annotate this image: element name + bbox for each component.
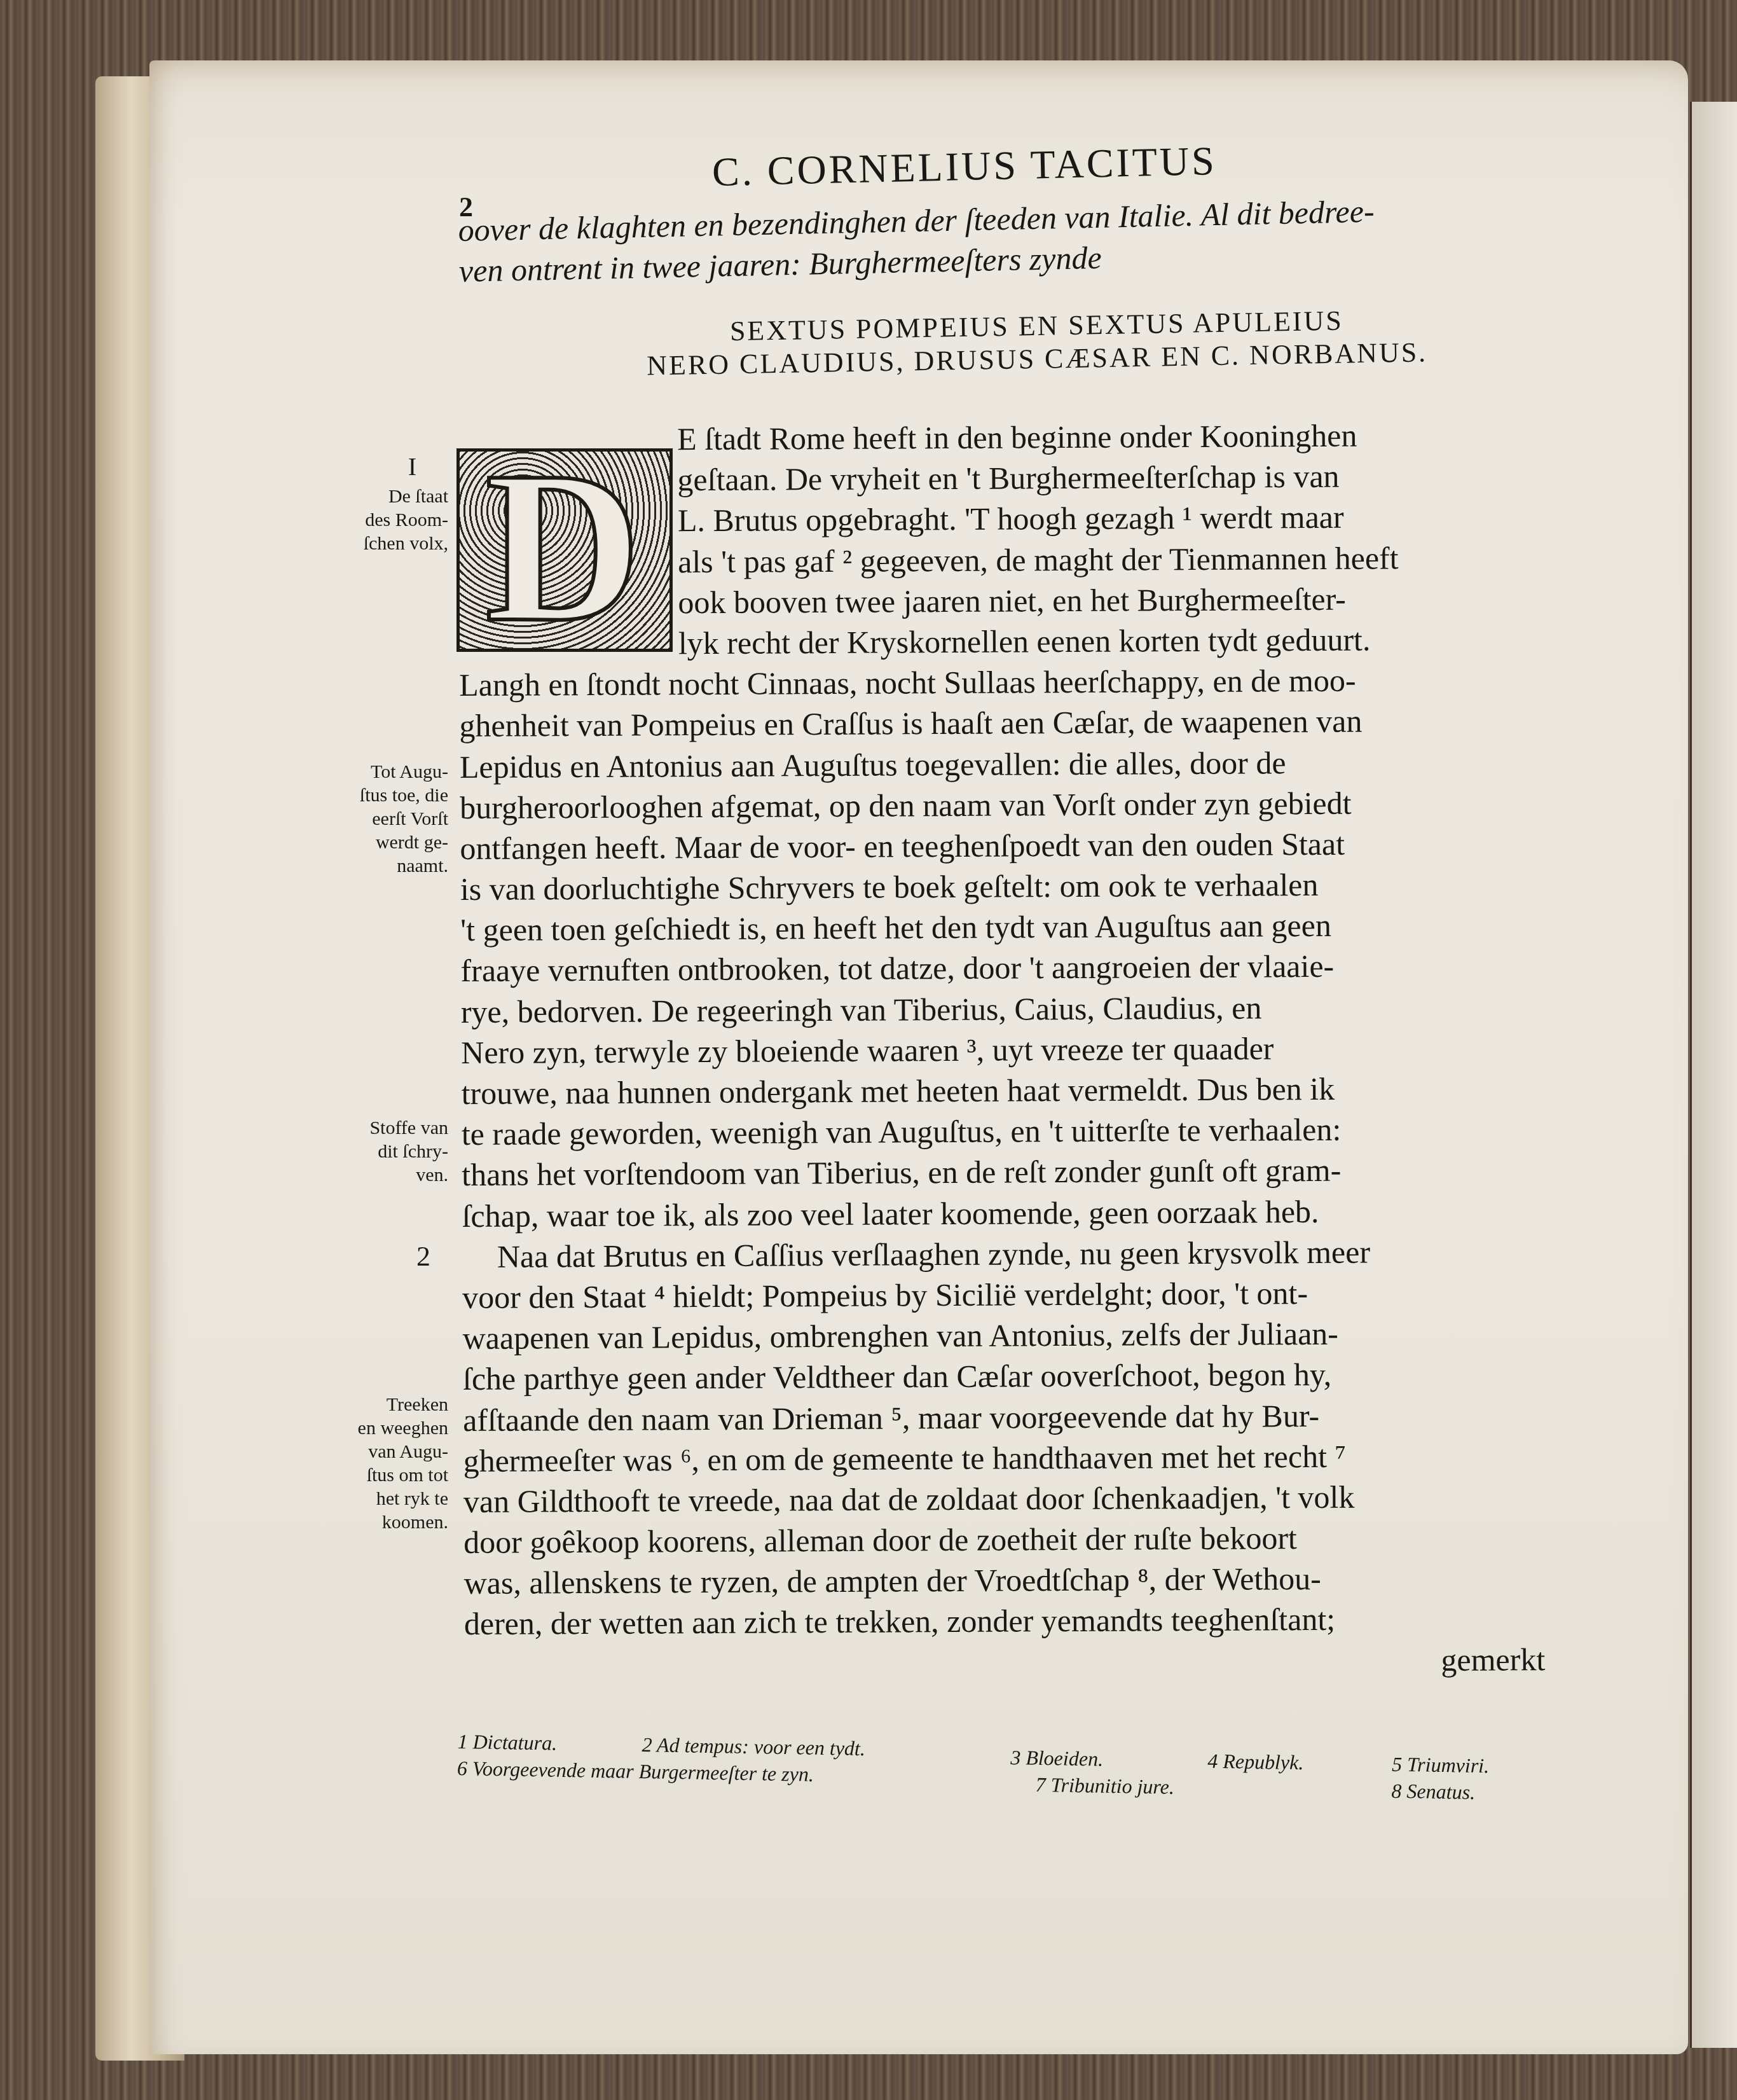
text-line: ontfangen heeft. Maar de voor- en teeghe… [460,822,1541,869]
footnote: 4 Republyk. [1207,1750,1304,1775]
footnote: 5 Triumviri. [1392,1753,1490,1778]
margin-note: Tot Augu- ſtus toe, die eerſt Vorſt werd… [321,760,448,878]
text-line: deren, der wetten aan zich te trekken, z… [464,1598,1545,1645]
text-line: van Gildthooft te vreede, naa dat de zol… [463,1475,1544,1522]
text-line: ghermeeſter was ⁶, en om de gemeente te … [463,1435,1544,1481]
footnote: 7 Tribunitio jure. [1035,1773,1174,1799]
facing-page-edge [1690,102,1737,2048]
body-text: E ſtadt Rome heeft in den beginne onder … [458,414,1545,1685]
text-line: Nero zyn, terwyle zy bloeiende waaren ³,… [461,1026,1542,1073]
margin-note: I De ſtaat des Room- ſchen volx, [321,455,448,555]
section-number: I [321,455,448,478]
text-line: rye, bedorven. De regeeringh van Tiberiu… [461,986,1542,1032]
text-line: door goêkoop koorens, alleman door de zo… [463,1516,1544,1563]
section-number: 2 [416,1240,430,1273]
text-line: burgheroorlooghen afgemat, op den naam v… [460,782,1541,828]
text-line: E ſtadt Rome heeft in den beginne onder … [458,414,1539,460]
margin-note: Stoffe van dit ſchry- ven. [321,1116,448,1187]
text-line: thans het vorſtendoom van Tiberius, en d… [462,1149,1542,1195]
text-line: te raade geworden, weenigh van Auguſtus,… [462,1108,1542,1154]
text-line: ook booven twee jaaren niet, en het Burg… [458,577,1539,624]
text-line: als 't pas gaf ² gegeeven, de maght der … [458,537,1539,583]
text-line: was, allenskens te ryzen, de ampten der … [463,1557,1544,1603]
text-line: Langh en ſtondt nocht Cinnaas, nocht Sul… [459,659,1540,705]
text-line: fraaye vernuften ontbrooken, tot datze, … [460,945,1541,991]
text-line: Lepidus en Antonius aan Auguſtus toegeva… [460,741,1541,787]
text-line: is van doorluchtighe Schryvers te boek g… [460,863,1541,909]
margin-note: Treeken en weeghen van Augu- ſtus om tot… [321,1393,448,1534]
text-line: Naa dat Brutus en Caſſius verſlaaghen zy… [462,1231,1543,1277]
text-line: afſtaande den naam van Drieman ⁵, maar v… [463,1394,1544,1440]
text-line: waapenen van Lepidus, ombrenghen van Ant… [462,1312,1543,1358]
text-line: ſche parthye geen ander Veldtheer dan Cæ… [463,1353,1544,1399]
footnote: 2 Ad tempus: voor een tydt. [642,1733,865,1760]
footnote: 3 Bloeiden. [1010,1746,1103,1771]
text-line: ghenheit van Pompeius en Craſſus is haaſ… [459,700,1540,746]
text-line: trouwe, naa hunnen ondergank met heeten … [461,1067,1542,1114]
text-line: L. Brutus opgebraght. 'T hoogh gezagh ¹ … [458,495,1539,542]
footnote: 8 Senatus. [1391,1779,1475,1804]
footnote: 1 Dictatura. [457,1730,557,1755]
text-line: voor den Staat ⁴ hieldt; Pompeius by Sic… [462,1271,1543,1318]
text-line: lyk recht der Kryskornellen eenen korten… [459,618,1540,665]
text-line: geſtaan. De vryheit en 't Burghermeeſter… [458,455,1539,501]
catchword: gemerkt [464,1639,1545,1685]
text-line: ſchap, waar toe ik, als zoo veel laater … [462,1190,1542,1236]
text-line: 't geen toen geſchiedt is, en heeft het … [460,904,1541,950]
